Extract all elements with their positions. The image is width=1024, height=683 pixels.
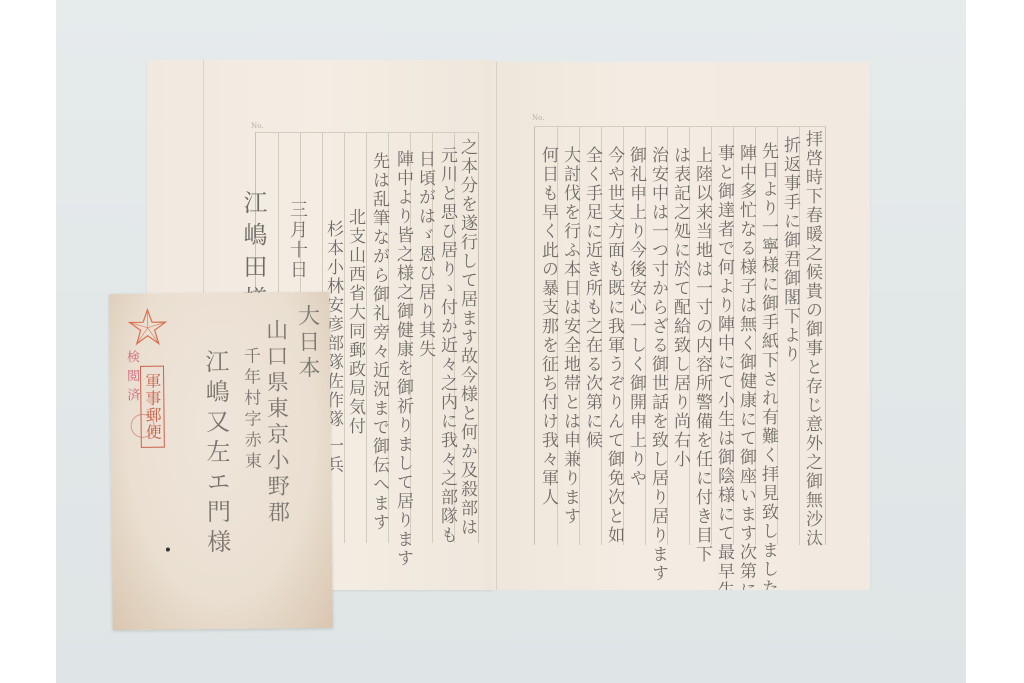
military-mail-stamp: 軍事郵便 <box>140 366 165 448</box>
letter-column: 折返事手に御君御閣下より <box>780 136 800 364</box>
address-country: 大日本 <box>291 304 323 382</box>
letter-column: 陣中多忙なる様子は無く御健康にて御座います次第に候 <box>736 144 756 619</box>
address-prefecture: 山口県東京小野郡 <box>260 318 293 526</box>
letter-date: 三月十日 <box>287 200 307 280</box>
letter-column: 先は乱筆ながら御礼旁々近況まで御伝へます <box>369 152 389 532</box>
star-icon <box>127 308 167 348</box>
letter-column: 元川と思ひ居りゝ付か近々之内に我々之部隊も <box>437 146 457 545</box>
military-mail-envelope: 検閲済 軍事郵便 大日本 山口県東京小野郡 千年村字赤東 江嶋又左エ門様 <box>109 292 333 630</box>
letter-column: 大討伐を行ふ本日は安全地帯とは申兼ります <box>560 146 580 526</box>
address-village: 千年村字赤東 <box>238 347 264 473</box>
letter-column: 上陸以来当地は一寸の内容所警備を任に付き目下 <box>692 146 712 564</box>
letter-right-page: No. 拝啓時下春暖之候貴の御事と存じ意外之御無沙汰 折返事手に御君御閣下より … <box>484 62 870 590</box>
ink-dot <box>166 548 170 552</box>
letter-column: は表記之処に於て配給致し居り尚右小 <box>670 146 690 469</box>
fold-crease <box>496 62 497 590</box>
letter-column: 拝啓時下春暖之候貴の御事と存じ意外之御無沙汰 <box>802 130 822 548</box>
censor-mark: 検閲済 <box>122 350 142 407</box>
letter-column: 全く手足に近き所も之在る次第に候 <box>582 146 602 450</box>
recipient-name: 江嶋又左エ門様 <box>198 349 235 559</box>
letter-column: 日頃がはゞ恩ひ居り其失 <box>415 150 435 359</box>
page-number-mark: No. <box>532 114 544 122</box>
letter-column: 御礼申上り今後安心一しく御開申上りや <box>626 146 646 488</box>
letter-column: 陣中より皆之様之御健康を御祈りまして居ります <box>393 150 413 568</box>
page-number-mark: No. <box>251 122 263 130</box>
letter-column: 事と御達者で何より陣中にて小生は御陰様にて最早生年 <box>714 144 734 619</box>
letter-column: 治安中は一つ寸からざる御世話を致し居り居ります <box>648 146 668 583</box>
letter-column: 先日より一寧様に御手紙下され有難く拝見致しました <box>758 142 778 598</box>
sender-address: 北支山西省大同郵政局気付 <box>345 208 365 436</box>
letter-column: 何日も早く此の暴支那を征ち付け我々軍人 <box>538 146 558 507</box>
letter-column: 今や世支方面も既に我軍うぞりんて御免次と如 <box>604 146 624 545</box>
letter-column: 之本分を遂行して居ます故今様と何か及殺部は <box>457 138 477 537</box>
